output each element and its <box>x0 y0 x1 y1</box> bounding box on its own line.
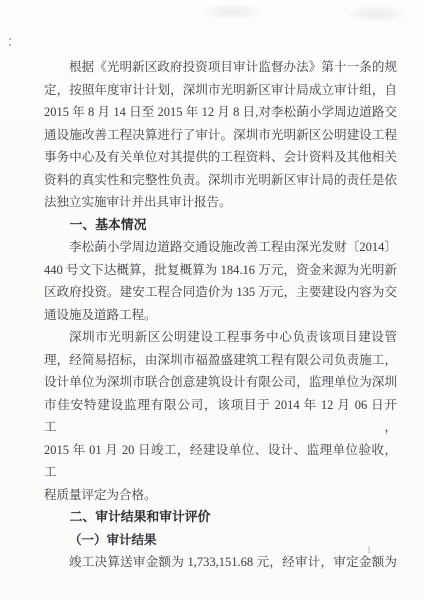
text-line: （一）审计结果 <box>44 529 397 552</box>
text-line: 市佳安特建设监理有限公司，该项目于 2014 年 12 月 06 日开工， <box>44 394 397 439</box>
section-heading: （一）审计结果 <box>44 529 397 552</box>
text-line: 理，经简易招标，由深圳市福盈盛建筑工程有限公司负责施工， <box>44 349 397 372</box>
text-line: 2015 年 01 月 20 日竣工，经建设单位、设计、监理单位验收，工 <box>44 439 397 484</box>
paragraph: 李松蓢小学周边道路交通设施改善工程由深光发财〔2014〕440 号文下达概算，批… <box>44 236 397 326</box>
paragraph: 深圳市光明新区公明建设工程事务中心负责该项目建设管理，经简易招标，由深圳市福盈盛… <box>44 326 397 506</box>
text-line: 李松蓢小学周边道路交通设施改善工程由深光发财〔2014〕 <box>44 236 397 259</box>
text-line: 440 号文下达概算，批复概算为 184.16 万元，资金来源为光明新 <box>44 259 397 282</box>
paragraph: 竣工决算送审金额为 1,733,151.68 元，经审计，审定金额为 <box>44 551 397 574</box>
section-heading: 二、审计结果和审计评价 <box>44 506 397 529</box>
scan-smudge <box>348 6 406 22</box>
text-line: 法独立实施审计并出具审计报告。 <box>44 191 397 214</box>
text-line: 定，按照年度审计计划，深圳市光明新区审计局成立审计组，自 <box>44 79 397 102</box>
text-line: 程质量评定为合格。 <box>44 484 397 507</box>
text-line: 根据《光明新区政府投资项目审计监督办法》第十一条的规 <box>44 56 397 79</box>
section-heading: 一、基本情况 <box>44 214 397 237</box>
scan-smudge <box>203 4 261 19</box>
text-line: 通设施改善工程决算进行了审计。深圳市光明新区公明建设工程 <box>44 124 397 147</box>
document-body: 根据《光明新区政府投资项目审计监督办法》第十一条的规定，按照年度审计计划，深圳市… <box>44 56 397 574</box>
text-line: 一、基本情况 <box>44 214 397 237</box>
text-line: 2015 年 8 月 14 日至 2015 年 12 月 8 日,对李松蓢小学周… <box>44 101 397 124</box>
text-line: 事务中心及有关单位对其提供的工程资料、会计资料及其他相关 <box>44 146 397 169</box>
document-page: 根据《光明新区政府投资项目审计监督办法》第十一条的规定，按照年度审计计划，深圳市… <box>0 0 424 600</box>
text-line: 区政府投资。建安工程合同造价为 135 万元，主要建设内容为交 <box>44 281 397 304</box>
text-line: 资料的真实性和完整性负责。深圳市光明新区审计局的责任是依 <box>44 169 397 192</box>
text-line: 深圳市光明新区公明建设工程事务中心负责该项目建设管 <box>44 326 397 349</box>
page-number: 1 <box>363 545 375 555</box>
scan-edge-mark <box>9 38 12 48</box>
text-line: 竣工决算送审金额为 1,733,151.68 元，经审计，审定金额为 <box>44 551 397 574</box>
text-line: 二、审计结果和审计评价 <box>44 506 397 529</box>
paragraph: 根据《光明新区政府投资项目审计监督办法》第十一条的规定，按照年度审计计划，深圳市… <box>44 56 397 214</box>
text-line: 通设施及道路工程。 <box>44 304 397 327</box>
text-line: 设计单位为深圳市联合创意建筑设计有限公司，监理单位为深圳 <box>44 371 397 394</box>
